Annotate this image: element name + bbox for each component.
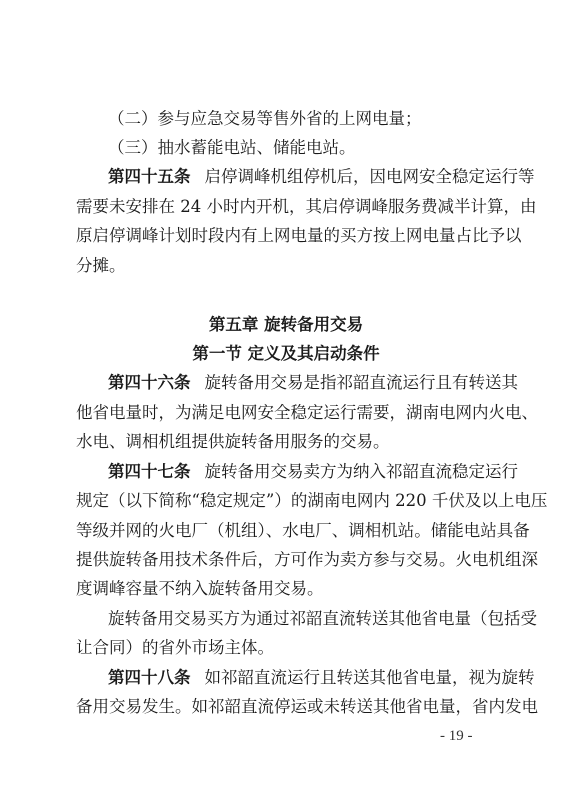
article-47-label: 第四十七条 (108, 462, 191, 481)
article-45-line-3: 原启停调峰计划时段内有上网电量的买方按上网电量占比予以 (76, 221, 496, 250)
article-46-label: 第四十六条 (108, 373, 191, 392)
article-47-line-3: 等级并网的火电厂（机组）、水电厂、调相机站。储能电站具备 (76, 516, 496, 545)
article-46-line-1: 第四十六条旋转备用交易是指祁韶直流运行且有转送其 (76, 368, 496, 397)
page-number: - 19 - (440, 728, 473, 745)
article-47-line-2: 规定（以下简称“稳定规定”）的湖南电网内 220 千伏及以上电压 (76, 486, 496, 515)
buyer-line-2: 让合同）的省外市场主体。 (76, 633, 496, 662)
article-48-label: 第四十八条 (108, 668, 191, 687)
list-item-2: （二）参与应急交易等售外省的上网电量； (76, 104, 496, 133)
article-47-line-4: 提供旋转备用技术条件后，方可作为卖方参与交易。火电机组深 (76, 545, 496, 574)
article-48-line-2: 备用交易发生。如祁韶直流停运或未转送其他省电量，省内发电 (76, 692, 496, 721)
article-45-line-2: 需要未安排在 24 小时内开机，其启停调峰服务费减半计算，由 (76, 192, 496, 221)
article-48-line-1: 第四十八条如祁韶直流运行且转送其他省电量，视为旋转 (76, 663, 496, 692)
article-47-line-5: 度调峰容量不纳入旋转备用交易。 (76, 574, 496, 603)
section-heading: 第一节 定义及其启动条件 (76, 339, 496, 368)
article-47-line-1: 第四十七条旋转备用交易卖方为纳入祁韶直流稳定运行 (76, 457, 496, 486)
article-46-line-3: 水电、调相机组提供旋转备用服务的交易。 (76, 427, 496, 456)
article-46-line-2: 他省电量时，为满足电网安全稳定运行需要，湖南电网内火电、 (76, 398, 496, 427)
buyer-line-1: 旋转备用交易买方为通过祁韶直流转送其他省电量（包括受 (76, 604, 496, 633)
list-item-3: （三）抽水蓄能电站、储能电站。 (76, 133, 496, 162)
article-45-line-1: 第四十五条启停调峰机组停机后，因电网安全稳定运行等 (76, 162, 496, 191)
article-45-label: 第四十五条 (108, 167, 191, 186)
article-45-line-4: 分摊。 (76, 251, 496, 280)
chapter-heading: 第五章 旋转备用交易 (76, 310, 496, 339)
